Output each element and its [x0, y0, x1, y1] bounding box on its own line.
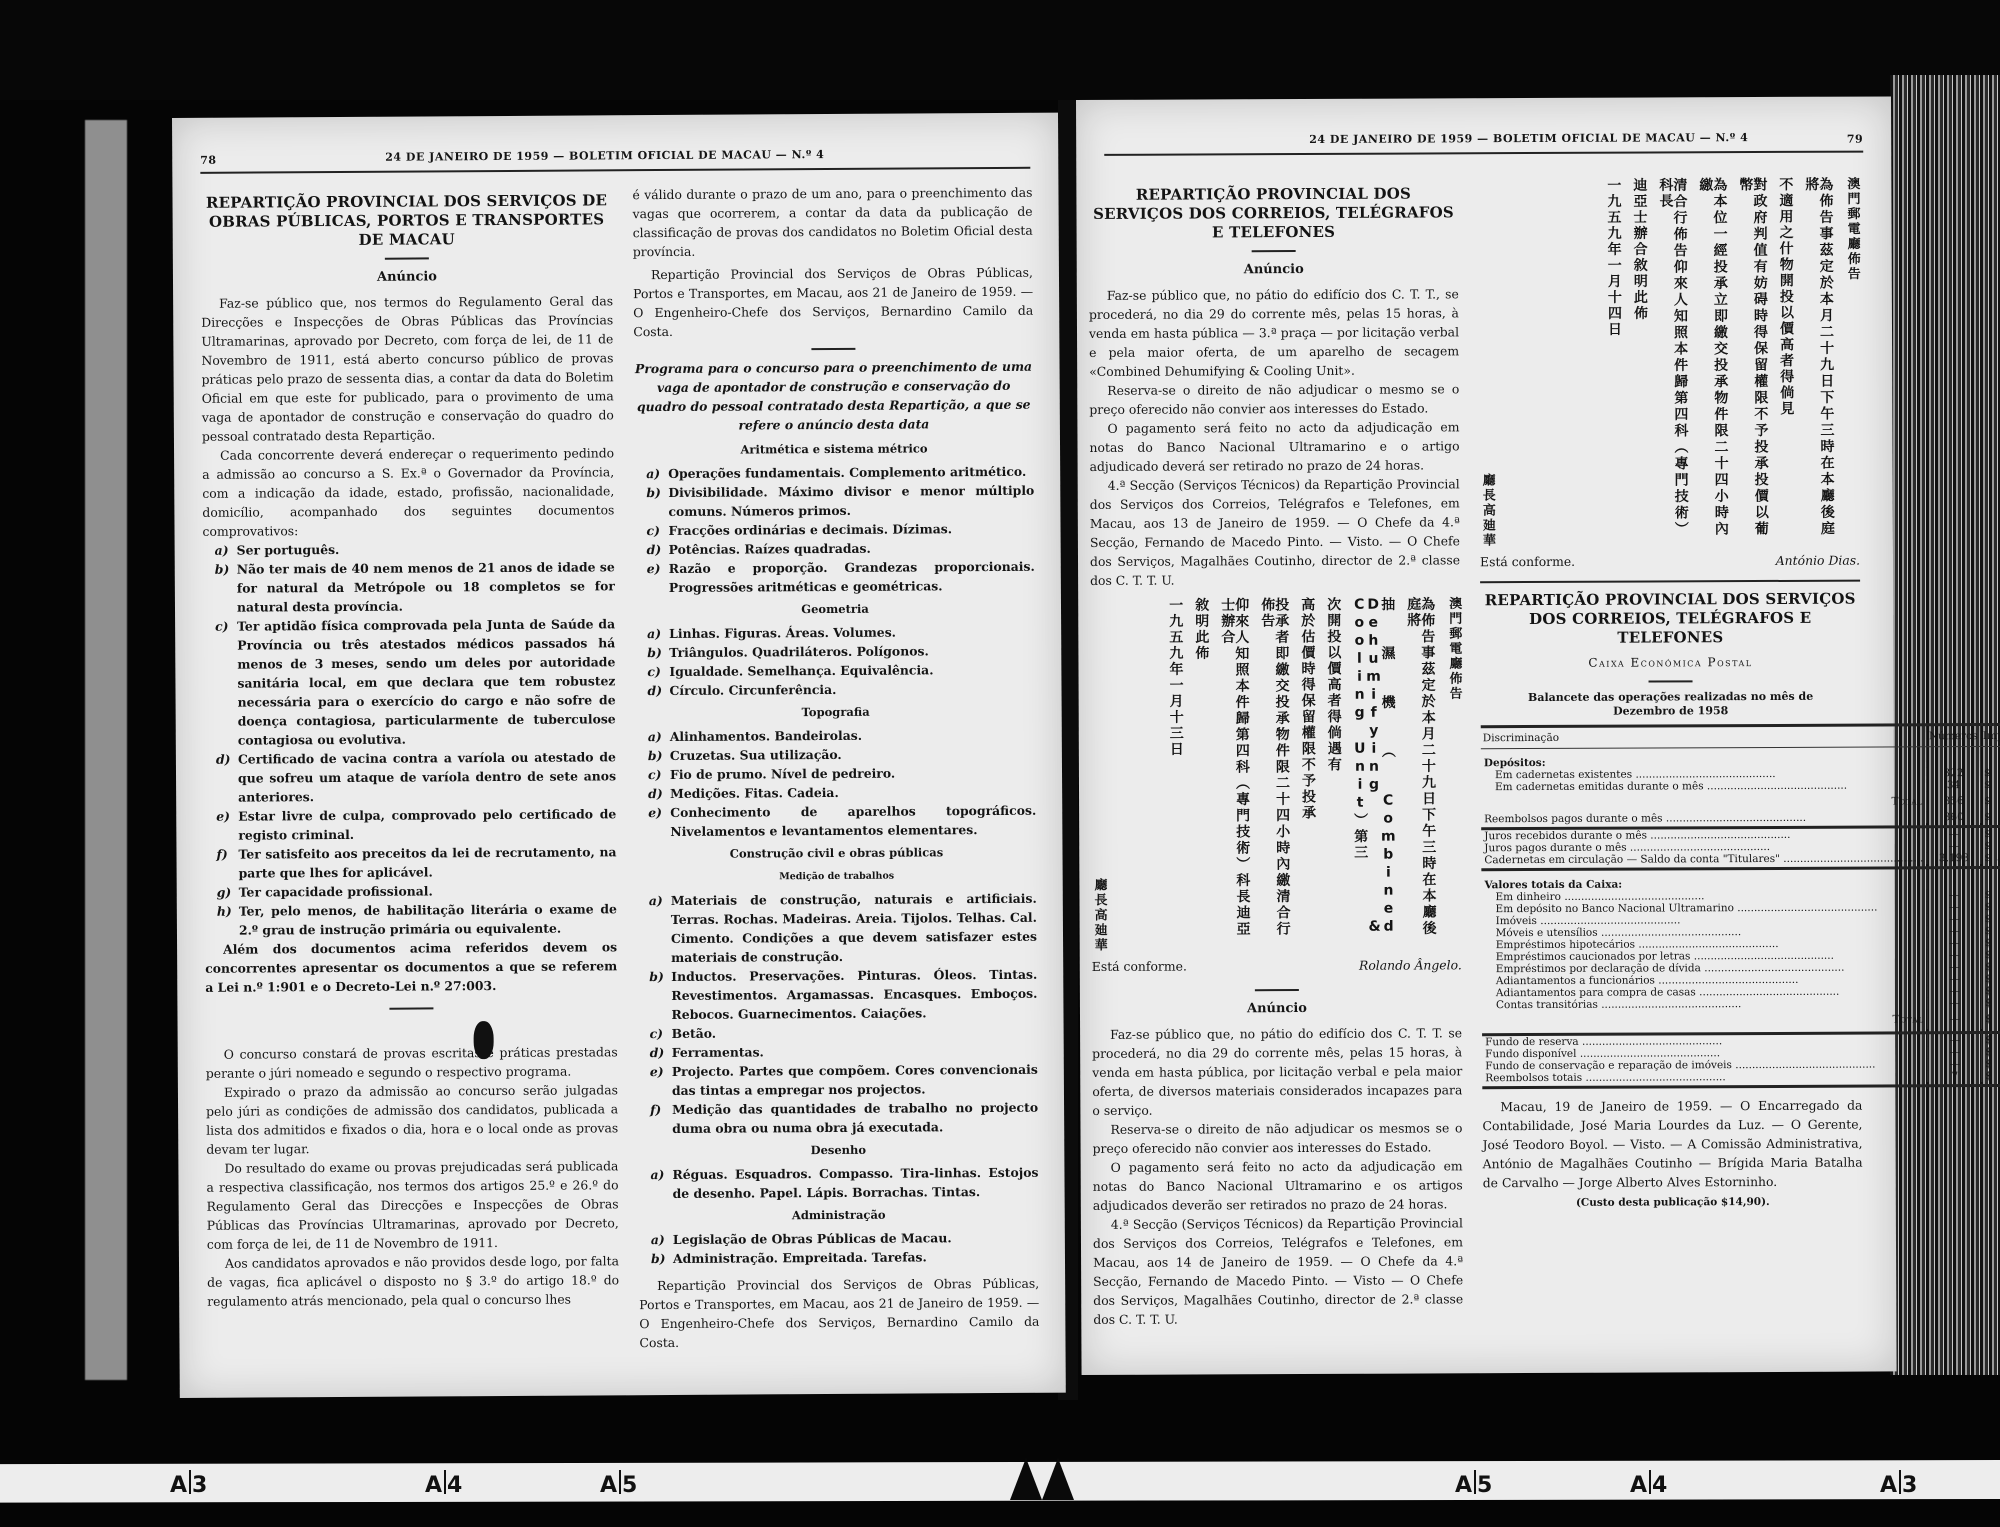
currency-cell: $	[1982, 1058, 1995, 1070]
marker-number: 4	[447, 1473, 463, 1498]
numeros-cell: —	[1927, 961, 1981, 973]
item-letter: b)	[203, 560, 237, 617]
chinese-column: 投承者即繳交投承物件限二十四小時內繳清合行佈告	[1260, 597, 1289, 937]
marker-letter: A	[1630, 1473, 1648, 1498]
chinese-text-columns: 澳門郵電廳佈告為佈告事茲定於本月二十九日下午三時在本廳後庭將不適用之什物開投以價…	[1606, 177, 1860, 538]
currency-cell: $	[1981, 949, 1994, 961]
list-item: d)Ferramentas.	[638, 1041, 1038, 1062]
office-title: REPARTIÇÃO PROVINCIAL DOS SERVIÇOS DE OB…	[200, 191, 612, 251]
divider	[811, 348, 855, 350]
chinese-column: 清合行佈告仰來人知照本件歸第四科（專門技術）科長	[1658, 177, 1688, 537]
program-section-title: Administração	[639, 1205, 1039, 1226]
numeros-cell: —	[1927, 973, 1981, 985]
conformity-line: Está conforme. Rolando Ângelo.	[1092, 955, 1462, 976]
item-text: Betão.	[672, 1022, 1038, 1043]
numeros-cell: —	[1927, 889, 1981, 901]
item-letter: e)	[638, 1062, 672, 1100]
amount-cell: 173.199,48	[1995, 985, 2000, 997]
marker-letter: A	[1455, 1473, 1473, 1498]
item-text: Cruzetas. Sua utilização.	[670, 744, 1036, 765]
currency-cell: $	[1981, 779, 1994, 791]
item-text: Fio de prumo. Nível de pedreiro.	[670, 763, 1036, 784]
item-text: Legislação de Obras Públicas de Macau.	[673, 1228, 1039, 1249]
notice-heading: Anúncio	[1089, 259, 1459, 280]
item-text: Estar livre de culpa, comprovado pelo ce…	[238, 804, 616, 844]
marker-bar	[1899, 1470, 1901, 1494]
item-letter: a)	[635, 624, 669, 643]
paragraph: Cada concorrente deverá endereçar o requ…	[202, 443, 615, 541]
list-item: a)Materiais de construção, naturais e ar…	[637, 889, 1037, 967]
item-letter: c)	[634, 521, 668, 540]
program-section-title: Geometria	[635, 599, 1035, 620]
list-item: b)Divisibilidade. Máximo divisor e menor…	[634, 481, 1034, 521]
currency-cell	[1980, 747, 1993, 768]
film-edge-strip	[85, 120, 127, 1380]
list-item: e)Conhecimento de aparelhos topográficos…	[636, 801, 1036, 841]
list-item: b)Não ter mais de 40 nem menos de 21 ano…	[203, 557, 615, 617]
marker-number: 5	[622, 1473, 638, 1498]
chinese-notice-1: 澳門郵電廳佈告為佈告事茲定於本月二十九日下午三時在本廳後庭將抽濕機（Combin…	[1090, 596, 1462, 953]
balance-table: Discriminação Números Importâncias Depós…	[1481, 723, 2000, 1090]
conformity-line: Está conforme. António Dias.	[1480, 551, 1860, 572]
notice-heading: Anúncio	[201, 266, 613, 288]
item-letter: c)	[636, 765, 670, 784]
running-head-title: 24 DE JANEIRO DE 1959 — BOLETIM OFICIAL …	[385, 148, 824, 164]
currency-cell: $	[1981, 811, 1994, 823]
amount-cell	[1994, 867, 2000, 889]
item-letter: b)	[637, 967, 671, 1024]
item-letter: f)	[638, 1100, 672, 1138]
row-label: Fundo de conservação e reparação de imóv…	[1482, 1058, 1928, 1072]
list-item: e)Estar livre de culpa, comprovado pelo …	[204, 804, 616, 845]
film-frame-marker: A5	[600, 1470, 638, 1498]
conforme-label: Está conforme.	[1480, 552, 1575, 571]
table-row: Valores totais da Caixa:	[1481, 867, 2000, 891]
chinese-column: 迪亞士辦合敘明此佈	[1632, 178, 1648, 538]
notice-heading: Anúncio	[1092, 998, 1462, 1019]
numeros-cell: —	[1928, 1033, 1982, 1047]
list-item: d)Potências. Raízes quadradas.	[635, 538, 1035, 559]
chinese-column: 一九五九年一月十三日	[1168, 598, 1183, 938]
signature-block: Repartição Provincial dos Serviços de Ob…	[633, 263, 1033, 341]
paragraph: O pagamento será feito no acto da adjudi…	[1089, 417, 1459, 476]
col-header-discriminacao: Discriminação	[1481, 725, 1927, 749]
item-text: Medições. Fitas. Cadeia.	[670, 782, 1036, 803]
signature-block: Repartição Provincial dos Serviços de Ob…	[639, 1274, 1039, 1352]
page-number: 79	[1847, 133, 1863, 146]
item-text: Círculo. Circunferência.	[669, 679, 1035, 700]
list-item: a)Alinhamentos. Bandeirolas.	[636, 725, 1036, 746]
list-item: c)Fracções ordinárias e decimais. Dízima…	[634, 519, 1034, 540]
divider	[389, 1007, 433, 1009]
currency-cell: $	[1981, 889, 1994, 901]
numeros-cell: —	[1927, 901, 1981, 913]
marker-letter: A	[425, 1473, 443, 1498]
item-letter: f)	[204, 845, 238, 883]
amount-cell: 261.840,69	[1994, 913, 2000, 925]
currency-cell: $	[1982, 1009, 1995, 1029]
numeros-cell	[1927, 747, 1981, 768]
item-letter: e)	[635, 559, 669, 597]
currency-cell: $	[1981, 791, 1994, 811]
amount-cell: 1.703,40	[1995, 997, 2000, 1009]
item-text: Ter, pelo menos, de habilitação literári…	[239, 899, 617, 939]
notice-1-body: Faz-se público que, no pátio do edifício…	[1089, 284, 1460, 590]
paragraph: Reserva-se o direito de não adjudicar os…	[1092, 1118, 1462, 1158]
numeros-cell: —	[1928, 997, 1982, 1009]
currency-cell	[1981, 868, 1994, 890]
divider	[1252, 250, 1296, 252]
col-header-numeros: Números	[1926, 725, 1980, 747]
item-text: Projecto. Partes que compõem. Cores conv…	[672, 1060, 1038, 1100]
right-column-1: REPARTIÇÃO PROVINCIAL DOS SERVIÇOS DOS C…	[1088, 178, 1463, 1329]
paragraph: O concurso constará de provas escritas e…	[206, 1042, 618, 1083]
amount-cell: 41.159,00	[1994, 961, 2000, 973]
marker-letter: A	[170, 1473, 188, 1498]
item-text: Triângulos. Quadriláteros. Polígonos.	[669, 641, 1035, 662]
table-row: Total—$4:281.211,39	[1482, 1009, 2000, 1032]
currency-cell: $	[1981, 937, 1994, 949]
numeros-cell	[1927, 868, 1981, 890]
item-text: Razão e proporção. Grandezas proporciona…	[669, 557, 1035, 597]
item-letter: e)	[204, 807, 238, 845]
item-text: Ferramentas.	[672, 1041, 1038, 1062]
paragraph: Além dos documentos acima referidos deve…	[205, 937, 617, 997]
chinese-column: 不適用之什物開投以價高者得倘見	[1778, 177, 1794, 537]
paragraph: 4.ª Secção (Serviços Técnicos) da Repart…	[1093, 1213, 1463, 1329]
item-letter: e)	[636, 803, 670, 841]
numeros-cell: 360	[1927, 811, 1981, 823]
item-letter: c)	[203, 617, 238, 750]
chinese-column: 高於估價時得保留權限不予投承	[1300, 597, 1315, 937]
amount-cell: 25.712,20	[1994, 826, 2000, 840]
running-head: 78 24 DE JANEIRO DE 1959 — BOLETIM OFICI…	[200, 147, 1030, 174]
film-notch	[1010, 1458, 1042, 1500]
list-item: g)Ter capacidade profissional.	[205, 880, 617, 902]
item-letter: a)	[638, 1165, 672, 1203]
item-letter: a)	[203, 541, 237, 560]
chinese-column: 澳門郵電廳佈告	[1844, 177, 1860, 537]
running-head: 24 DE JANEIRO DE 1959 — BOLETIM OFICIAL …	[1104, 131, 1863, 156]
page-number: 78	[200, 154, 216, 167]
amount-cell: 12.704,30	[1994, 925, 2000, 937]
chinese-notice-2: 澳門郵電廳佈告為佈告事茲定於本月二十九日下午三時在本廳後庭將不適用之什物開投以價…	[1478, 177, 1860, 549]
item-letter: a)	[639, 1230, 673, 1249]
item-letter: c)	[635, 662, 669, 681]
conforme-label: Está conforme.	[1092, 957, 1187, 976]
marker-bar	[444, 1470, 446, 1494]
list-item: b)Administração. Empreitada. Tarefas.	[639, 1247, 1039, 1268]
left-column-2: é válido durante o prazo de um ano, para…	[632, 183, 1039, 1352]
paragraph: Faz-se público que, no pátio do edifício…	[1089, 284, 1459, 381]
item-text: Administração. Empreitada. Tarefas.	[673, 1247, 1039, 1268]
program-section-title: Desenho	[638, 1140, 1038, 1161]
balance-title: Balancete das operações realizadas no mê…	[1481, 690, 1861, 720]
chinese-text-columns: 澳門郵電廳佈告為佈告事茲定於本月二十九日下午三時在本廳後庭將抽濕機（Combin…	[1168, 596, 1461, 937]
item-text: Certificado de vacina contra a varíola o…	[238, 747, 616, 806]
list-item: f)Medição das quantidades de trabalho no…	[638, 1098, 1038, 1138]
currency-cell: $	[1981, 852, 1994, 864]
group-label: Valores totais da Caixa:	[1481, 868, 1927, 891]
chinese-column: 仰來人知照本件歸第四科（專門技術）科長迪亞士辦合	[1220, 597, 1249, 937]
chinese-column: 敘明此佈	[1194, 597, 1209, 937]
numeros-cell: —	[1928, 1058, 1982, 1070]
numeros-cell: —	[1928, 1009, 1982, 1029]
marker-number: 3	[192, 1473, 208, 1498]
paragraph: 4.ª Secção (Serviços Técnicos) da Repart…	[1090, 474, 1460, 590]
group-label: Depósitos:	[1481, 747, 1927, 769]
row-label: Em depósito no Banco Nacional Ultramarin…	[1482, 901, 1928, 915]
numeros-cell: 322	[1927, 767, 1981, 779]
item-text: Linhas. Figuras. Áreas. Volumes.	[669, 622, 1035, 643]
amount-cell: 481.862,47	[1995, 973, 2000, 985]
marker-number: 4	[1652, 1473, 1668, 1498]
item-text: Medição das quantidades de trabalho no p…	[672, 1098, 1038, 1138]
chinese-column: 次開投以價高者得倘遇有	[1326, 597, 1341, 937]
numeros-cell: 3.198	[1927, 852, 1981, 864]
list-item: c)Ter aptidão física comprovada pela Jun…	[203, 614, 616, 750]
item-letter: d)	[635, 540, 669, 559]
item-letter: b)	[639, 1249, 673, 1268]
paragraph: Faz-se público que, nos termos do Regula…	[201, 291, 614, 446]
program-section-title: Topografia	[636, 702, 1036, 723]
closing-signatures: Macau, 19 de Janeiro de 1959. — O Encarr…	[1482, 1096, 1862, 1193]
amount-cell: 69.355,75	[1994, 889, 2000, 901]
numeros-cell: —	[1927, 925, 1981, 937]
film-frame-marker: A3	[1880, 1470, 1918, 1498]
item-letter: a)	[637, 891, 671, 967]
divider	[1649, 680, 1693, 682]
item-letter: c)	[638, 1024, 672, 1043]
item-letter: b)	[635, 643, 669, 662]
list-item: e)Razão e proporção. Grandezas proporcio…	[635, 557, 1035, 597]
currency-cell: $	[1981, 901, 1994, 913]
item-text: Réguas. Esquadros. Compasso. Tira-linhas…	[672, 1163, 1038, 1203]
notice-continued: é válido durante o prazo de um ano, para…	[632, 183, 1032, 261]
item-text: Alinhamentos. Bandeirolas.	[670, 725, 1036, 746]
numeros-cell: —	[1927, 913, 1981, 925]
item-letter: a)	[636, 727, 670, 746]
signer-name: Rolando Ângelo.	[1359, 955, 1462, 974]
currency-cell: $	[1981, 913, 1994, 925]
list-item: c)Betão.	[638, 1022, 1038, 1043]
chinese-column: 為佈告事茲定於本月二十九日下午三時在本廳後庭將	[1804, 177, 1834, 537]
item-text: Conhecimento de aparelhos topográficos. …	[670, 801, 1036, 841]
chinese-column: 對政府判值有妨碍時得保留權限不予投承投價以葡幣	[1738, 177, 1768, 537]
list-item: c)Fio de prumo. Nível de pedreiro.	[636, 763, 1036, 784]
list-item: a)Linhas. Figuras. Áreas. Volumes.	[635, 622, 1035, 643]
amount-cell: 166.890,68	[1995, 1032, 2000, 1046]
paragraph: O pagamento será feito no acto da adjudi…	[1093, 1156, 1463, 1215]
currency-cell: $	[1981, 985, 1994, 997]
item-text: Fracções ordinárias e decimais. Dízimas.	[668, 519, 1034, 540]
program-section-title: Construção civil e obras públicas	[636, 843, 1036, 864]
table-row: Cadernetas em circulação — Saldo da cont…	[1481, 852, 2000, 867]
list-item: e)Projecto. Partes que compõem. Cores co…	[638, 1060, 1038, 1100]
right-column-2: 澳門郵電廳佈告為佈告事茲定於本月二十九日下午三時在本廳後庭將不適用之什物開投以價…	[1478, 177, 1863, 1214]
notice-continuation: Além dos documentos acima referidos deve…	[205, 937, 619, 1311]
notice-body: Faz-se público que, nos termos do Regula…	[201, 291, 615, 541]
item-text: Materiais de construção, naturais e arti…	[671, 889, 1037, 967]
numeros-cell: —	[1927, 937, 1981, 949]
chinese-signer: 廳長高廸華	[1091, 878, 1105, 953]
list-item: a)Réguas. Esquadros. Compasso. Tira-linh…	[638, 1163, 1038, 1203]
marker-number: 5	[1477, 1473, 1493, 1498]
numeros-cell: 34	[1927, 779, 1981, 791]
item-text: Ter satisfeito aos preceitos da lei de r…	[238, 842, 616, 882]
marker-bar	[619, 1470, 621, 1494]
currency-cell: $	[1982, 1046, 1995, 1058]
ink-blot	[474, 1021, 494, 1059]
currency-cell: $	[1982, 1032, 1995, 1046]
item-letter: d)	[635, 681, 669, 700]
microfilm-top-border	[0, 0, 2000, 100]
currency-cell: $	[1981, 997, 1994, 1009]
amount-cell: 3.834,00	[1994, 949, 2000, 961]
item-letter: d)	[204, 750, 238, 807]
item-letter: b)	[634, 483, 668, 521]
section-rule	[1480, 580, 1860, 584]
amount-cell: 3:711.387,86	[1994, 852, 2000, 864]
item-text: Ser português.	[237, 538, 615, 559]
amount-cell: 545.948,75	[1994, 767, 2000, 779]
program-section-title: Aritmética e sistema métrico	[634, 439, 1034, 460]
numeros-cell: —	[1928, 985, 1982, 997]
film-frame-marker: A5	[1455, 1470, 1493, 1498]
paragraph: Reserva-se o direito de não adjudicar o …	[1089, 379, 1459, 419]
paragraph: Expirado o prazo da admissão ao concurso…	[206, 1080, 618, 1159]
notice-2-body: Faz-se público que, no pátio do edifício…	[1092, 1023, 1463, 1329]
left-page: 78 24 DE JANEIRO DE 1959 — BOLETIM OFICI…	[172, 113, 1066, 1398]
item-letter: a)	[634, 464, 668, 483]
chinese-column: 澳門郵電廳佈告	[1446, 596, 1461, 936]
amount-cell: 26.823,79	[1995, 1058, 2000, 1070]
marker-number: 3	[1902, 1473, 1918, 1498]
chinese-column: 抽濕機（Combined Dehumifying & Cooling Unit）…	[1352, 597, 1395, 937]
table-row: Depósitos:	[1481, 746, 2000, 769]
currency-cell: $	[1981, 925, 1994, 937]
row-label: Total	[1481, 791, 1927, 813]
list-item: h)Ter, pelo menos, de habilitação literá…	[205, 899, 617, 940]
program-subsection-title: Medição de trabalhos	[637, 866, 1037, 887]
amount-cell: 1:020.062,30	[1994, 937, 2000, 949]
signer-name: António Dias.	[1776, 551, 1860, 570]
divider	[1255, 989, 1299, 991]
list-item: f)Ter satisfeito aos preceitos da lei de…	[204, 842, 616, 883]
marker-bar	[1649, 1470, 1651, 1494]
chinese-column: 一九五九年一月十四日	[1606, 178, 1622, 538]
item-text: Ter aptidão física comprovada pela Junta…	[237, 614, 616, 749]
film-frame-marker: A4	[1630, 1470, 1668, 1498]
office-title: REPARTIÇÃO PROVINCIAL DOS SERVIÇOS DOS C…	[1088, 184, 1458, 243]
caixa-office-title: REPARTIÇÃO PROVINCIAL DOS SERVIÇOS DOS C…	[1480, 590, 1860, 649]
marker-letter: A	[1880, 1473, 1898, 1498]
currency-cell: $	[1981, 840, 1994, 852]
list-item: b)Cruzetas. Sua utilização.	[636, 744, 1036, 765]
film-frame-marker: A3	[170, 1470, 208, 1498]
item-letter: d)	[638, 1043, 672, 1062]
item-text: Inductos. Preservações. Pinturas. Óleos.…	[671, 965, 1037, 1024]
row-label: Total	[1482, 1009, 1928, 1031]
amount-cell: 4:281.211,39	[1995, 1009, 2000, 1029]
publication-cost: (Custo desta publicação $14,90).	[1483, 1193, 1863, 1214]
list-item: a)Ser português.	[203, 538, 615, 560]
amount-cell: 2.688,90	[1995, 1070, 2000, 1082]
marker-bar	[189, 1470, 191, 1494]
running-head-title: 24 DE JANEIRO DE 1959 — BOLETIM OFICIAL …	[1309, 131, 1748, 146]
chinese-column: 為本位一經投承立即繳交投承物件限二十四小時內繳	[1698, 177, 1728, 537]
right-page: 24 DE JANEIRO DE 1959 — BOLETIM OFICIAL …	[1076, 96, 1897, 1375]
requirements-list: a)Ser português.b)Não ter mais de 40 nem…	[203, 538, 617, 940]
amount-cell: 2:216.000,00	[1994, 901, 2000, 913]
currency-cell: $	[1981, 827, 1994, 841]
paragraph: Faz-se público que, no pátio do edifício…	[1092, 1023, 1462, 1120]
numeros-cell: —	[1927, 949, 1981, 961]
numeros-cell: 7	[1928, 1070, 1982, 1082]
amount-cell: 296.912,60	[1995, 1046, 2000, 1058]
item-letter: d)	[636, 784, 670, 803]
currency-cell: $	[1980, 767, 1993, 779]
chinese-column: 為佈告事茲定於本月二十九日下午三時在本廳後庭將	[1406, 596, 1435, 936]
film-frame-marker: A4	[425, 1470, 463, 1498]
item-letter: g)	[205, 883, 239, 902]
item-text: Ter capacidade profissional.	[239, 880, 617, 901]
film-notch	[1042, 1458, 1074, 1500]
item-text: Não ter mais de 40 nem menos de 21 anos …	[237, 557, 615, 616]
caixa-subtitle: Caixa Económica Postal	[1480, 653, 1860, 674]
marker-letter: A	[600, 1473, 618, 1498]
row-label: Cadernetas em circulação — Saldo da cont…	[1481, 852, 1927, 866]
amount-cell: 25.065,70	[1994, 840, 2000, 852]
amount-cell: 863.410,95	[1994, 811, 2000, 823]
currency-cell: $	[1981, 961, 1994, 973]
item-letter: h)	[205, 902, 239, 940]
list-item: d)Medições. Fitas. Cadeia.	[636, 782, 1036, 803]
item-text: Igualdade. Semelhança. Equivalência.	[669, 660, 1035, 681]
list-item: d)Círculo. Circunferência.	[635, 679, 1035, 700]
col-header-importancias: Importâncias	[1980, 724, 2000, 746]
paragraph: Do resultado do exame ou provas prejudic…	[206, 1156, 619, 1254]
currency-cell: $	[1982, 1070, 1995, 1082]
program-title: Programa para o concurso para o preenchi…	[633, 357, 1033, 435]
list-item: a)Operações fundamentais. Complemento ar…	[634, 462, 1034, 483]
item-letter: b)	[636, 746, 670, 765]
list-item: d)Certificado de vacina contra a varíola…	[204, 747, 616, 807]
paragraph: Aos candidatos aprovados e não providos …	[207, 1251, 619, 1311]
numeros-cell: 356	[1927, 791, 1981, 811]
numeros-cell: —	[1927, 840, 1981, 852]
currency-cell: $	[1981, 973, 1994, 985]
item-text: Operações fundamentais. Complemento arit…	[668, 462, 1034, 483]
amount-cell: 74.640,00	[1994, 779, 2000, 791]
item-text: Potências. Raízes quadradas.	[669, 538, 1035, 559]
list-item: b)Inductos. Preservações. Pinturas. Óleo…	[637, 965, 1037, 1024]
table-row: Total356$620.588,75	[1481, 791, 2000, 814]
marker-bar	[1474, 1470, 1476, 1494]
divider	[385, 257, 429, 259]
chinese-signer: 廳長高廸華	[1480, 473, 1494, 548]
amount-cell: 620.588,75	[1994, 791, 2000, 811]
numeros-cell: —	[1928, 1046, 1982, 1058]
list-item: b)Triângulos. Quadriláteros. Polígonos.	[635, 641, 1035, 662]
item-text: Divisibilidade. Máximo divisor e menor m…	[668, 481, 1034, 521]
list-item: c)Igualdade. Semelhança. Equivalência.	[635, 660, 1035, 681]
left-column-1: REPARTIÇÃO PROVINCIAL DOS SERVIÇOS DE OB…	[200, 185, 619, 1310]
amount-cell	[1994, 746, 2000, 767]
numeros-cell: —	[1927, 827, 1981, 841]
list-item: a)Legislação de Obras Públicas de Macau.	[639, 1228, 1039, 1249]
program-sections: Aritmética e sistema métricoa)Operações …	[634, 439, 1039, 1268]
